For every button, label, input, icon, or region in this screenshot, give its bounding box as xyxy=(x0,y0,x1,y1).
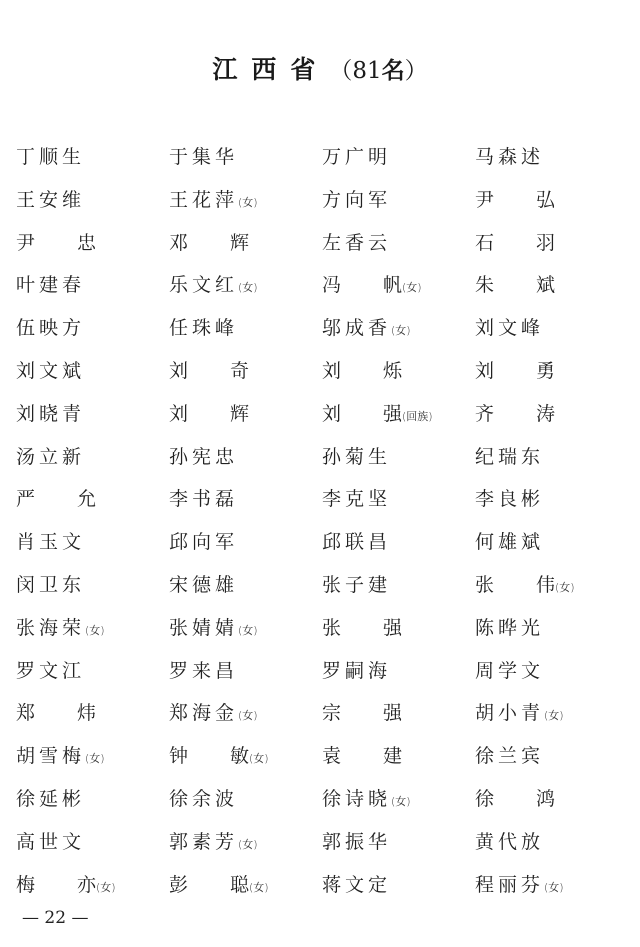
name-entry: 梅亦(女) xyxy=(16,870,169,913)
name-entry: 尹弘 xyxy=(475,185,628,228)
person-name: 刘烁 xyxy=(322,360,402,382)
person-note: (女) xyxy=(238,709,258,722)
name-entry: 郭素芳(女) xyxy=(169,827,322,870)
name-entry: 袁建 xyxy=(322,741,475,784)
person-name: 刘文斌 xyxy=(16,360,85,382)
name-entry: 方向军 xyxy=(322,185,475,228)
name-row: 肖玉文邱向军邱联昌何雄斌 xyxy=(16,527,636,570)
person-name: 罗文江 xyxy=(16,660,85,682)
count-unit: 名 xyxy=(382,57,405,84)
person-name: 齐涛 xyxy=(475,403,555,425)
name-entry: 刘强(回族) xyxy=(322,399,475,442)
name-entry: 伍映方 xyxy=(16,313,169,356)
name-entry: 张子建 xyxy=(322,570,475,613)
page-title: 江西省（81名） xyxy=(0,50,640,86)
name-entry: 罗嗣海 xyxy=(322,656,475,699)
name-row: 叶建春乐文红(女)冯帆(女)朱斌 xyxy=(16,270,636,313)
person-name: 宗强 xyxy=(322,702,402,724)
person-note: (女) xyxy=(85,624,105,637)
name-entry: 邓辉 xyxy=(169,228,322,271)
person-name: 蒋文定 xyxy=(322,874,391,896)
name-entry: 万广明 xyxy=(322,142,475,185)
name-entry: 刘文斌 xyxy=(16,356,169,399)
person-name: 黄代放 xyxy=(475,831,544,853)
name-entry: 罗来昌 xyxy=(169,656,322,699)
person-note: (女) xyxy=(238,281,258,294)
person-name: 邬成香 xyxy=(322,317,391,339)
name-row: 闵卫东宋德雄张子建张伟(女) xyxy=(16,570,636,613)
name-list: 丁顺生于集华万广明马森述王安维王花萍(女)方向军尹弘尹忠邓辉左香云石羽叶建春乐文… xyxy=(16,142,636,912)
name-entry: 张婧婧(女) xyxy=(169,613,322,656)
name-entry: 何雄斌 xyxy=(475,527,628,570)
person-name: 袁建 xyxy=(322,745,402,767)
name-entry: 李书磊 xyxy=(169,484,322,527)
person-name: 严允 xyxy=(16,488,96,510)
name-entry: 齐涛 xyxy=(475,399,628,442)
person-name: 王花萍 xyxy=(169,189,238,211)
person-name: 徐兰宾 xyxy=(475,745,544,767)
person-note: (女) xyxy=(555,581,575,594)
person-name: 张子建 xyxy=(322,574,391,596)
person-name: 邱向军 xyxy=(169,531,238,553)
name-entry: 朱斌 xyxy=(475,270,628,313)
person-name: 徐余波 xyxy=(169,788,238,810)
person-name: 朱斌 xyxy=(475,274,555,296)
name-row: 胡雪梅(女)钟敏(女)袁建徐兰宾 xyxy=(16,741,636,784)
name-entry: 丁顺生 xyxy=(16,142,169,185)
person-name: 彭聪 xyxy=(169,874,249,896)
person-name: 胡雪梅 xyxy=(16,745,85,767)
name-row: 徐延彬徐余波徐诗晓(女)徐鸿 xyxy=(16,784,636,827)
person-name: 尹弘 xyxy=(475,189,555,211)
name-entry: 宗强 xyxy=(322,698,475,741)
name-entry: 王安维 xyxy=(16,185,169,228)
name-entry: 刘晓青 xyxy=(16,399,169,442)
person-name: 郭素芳 xyxy=(169,831,238,853)
name-row: 梅亦(女)彭聪(女)蒋文定程丽芬(女) xyxy=(16,870,636,913)
person-name: 尹忠 xyxy=(16,232,96,254)
name-entry: 张海荣(女) xyxy=(16,613,169,656)
name-entry: 邱联昌 xyxy=(322,527,475,570)
name-entry: 刘文峰 xyxy=(475,313,628,356)
name-entry: 郭振华 xyxy=(322,827,475,870)
person-name: 李克坚 xyxy=(322,488,391,510)
person-name: 罗嗣海 xyxy=(322,660,391,682)
name-entry: 徐余波 xyxy=(169,784,322,827)
person-name: 徐延彬 xyxy=(16,788,85,810)
person-name: 左香云 xyxy=(322,232,391,254)
person-name: 程丽芬 xyxy=(475,874,544,896)
name-row: 郑炜郑海金(女)宗强胡小青(女) xyxy=(16,698,636,741)
name-row: 王安维王花萍(女)方向军尹弘 xyxy=(16,185,636,228)
paren-close: ） xyxy=(405,58,428,84)
person-name: 刘晓青 xyxy=(16,403,85,425)
person-name: 钟敏 xyxy=(169,745,249,767)
person-name: 张婧婧 xyxy=(169,617,238,639)
name-entry: 周学文 xyxy=(475,656,628,699)
person-name: 宋德雄 xyxy=(169,574,238,596)
person-name: 张强 xyxy=(322,617,402,639)
name-entry: 石羽 xyxy=(475,228,628,271)
name-entry: 宋德雄 xyxy=(169,570,322,613)
person-name: 刘文峰 xyxy=(475,317,544,339)
person-name: 罗来昌 xyxy=(169,660,238,682)
person-name: 梅亦 xyxy=(16,874,96,896)
name-entry: 黄代放 xyxy=(475,827,628,870)
name-entry: 张强 xyxy=(322,613,475,656)
person-note: (女) xyxy=(391,795,411,808)
person-name: 汤立新 xyxy=(16,446,85,468)
person-note: (女) xyxy=(238,838,258,851)
person-name: 石羽 xyxy=(475,232,555,254)
name-entry: 王花萍(女) xyxy=(169,185,322,228)
name-entry: 李克坚 xyxy=(322,484,475,527)
person-name: 周学文 xyxy=(475,660,544,682)
name-entry: 尹忠 xyxy=(16,228,169,271)
person-name: 刘强 xyxy=(322,403,402,425)
person-name: 高世文 xyxy=(16,831,85,853)
person-name: 王安维 xyxy=(16,189,85,211)
province-name: 江西省 xyxy=(212,55,329,84)
name-entry: 邬成香(女) xyxy=(322,313,475,356)
person-name: 于集华 xyxy=(169,146,238,168)
person-name: 邓辉 xyxy=(169,232,249,254)
person-note: (女) xyxy=(249,752,269,765)
person-note: (女) xyxy=(96,881,116,894)
person-name: 肖玉文 xyxy=(16,531,85,553)
person-note: (女) xyxy=(238,624,258,637)
name-entry: 马森述 xyxy=(475,142,628,185)
person-name: 方向军 xyxy=(322,189,391,211)
name-entry: 严允 xyxy=(16,484,169,527)
person-name: 马森述 xyxy=(475,146,544,168)
name-entry: 徐延彬 xyxy=(16,784,169,827)
name-entry: 胡雪梅(女) xyxy=(16,741,169,784)
name-entry: 彭聪(女) xyxy=(169,870,322,913)
name-row: 尹忠邓辉左香云石羽 xyxy=(16,228,636,271)
name-entry: 郑海金(女) xyxy=(169,698,322,741)
name-row: 张海荣(女)张婧婧(女)张强陈晔光 xyxy=(16,613,636,656)
name-entry: 刘辉 xyxy=(169,399,322,442)
person-name: 刘辉 xyxy=(169,403,249,425)
person-name: 乐文红 xyxy=(169,274,238,296)
name-entry: 刘奇 xyxy=(169,356,322,399)
person-name: 徐诗晓 xyxy=(322,788,391,810)
name-entry: 罗文江 xyxy=(16,656,169,699)
name-entry: 张伟(女) xyxy=(475,570,628,613)
person-name: 万广明 xyxy=(322,146,391,168)
name-row: 刘文斌刘奇刘烁刘勇 xyxy=(16,356,636,399)
person-note: (女) xyxy=(402,281,422,294)
person-name: 伍映方 xyxy=(16,317,85,339)
name-row: 丁顺生于集华万广明马森述 xyxy=(16,142,636,185)
name-entry: 冯帆(女) xyxy=(322,270,475,313)
person-name: 纪瑞东 xyxy=(475,446,544,468)
person-name: 胡小青 xyxy=(475,702,544,724)
person-name: 闵卫东 xyxy=(16,574,85,596)
name-entry: 高世文 xyxy=(16,827,169,870)
name-entry: 孙宪忠 xyxy=(169,442,322,485)
page-number: — 22 — xyxy=(22,908,88,928)
delegate-count: （81名） xyxy=(329,58,427,84)
count-number: 81 xyxy=(352,58,381,84)
name-entry: 叶建春 xyxy=(16,270,169,313)
person-name: 李良彬 xyxy=(475,488,544,510)
person-note: (女) xyxy=(249,881,269,894)
name-entry: 左香云 xyxy=(322,228,475,271)
name-entry: 肖玉文 xyxy=(16,527,169,570)
person-name: 陈晔光 xyxy=(475,617,544,639)
name-row: 罗文江罗来昌罗嗣海周学文 xyxy=(16,656,636,699)
person-name: 刘奇 xyxy=(169,360,249,382)
name-entry: 郑炜 xyxy=(16,698,169,741)
person-note: (女) xyxy=(85,752,105,765)
name-entry: 闵卫东 xyxy=(16,570,169,613)
person-name: 徐鸿 xyxy=(475,788,555,810)
person-note: (女) xyxy=(391,324,411,337)
person-name: 李书磊 xyxy=(169,488,238,510)
name-entry: 胡小青(女) xyxy=(475,698,628,741)
name-entry: 刘烁 xyxy=(322,356,475,399)
name-entry: 任珠峰 xyxy=(169,313,322,356)
name-row: 高世文郭素芳(女)郭振华黄代放 xyxy=(16,827,636,870)
person-note: (女) xyxy=(238,196,258,209)
paren-open: （ xyxy=(329,58,352,84)
name-entry: 徐兰宾 xyxy=(475,741,628,784)
name-entry: 刘勇 xyxy=(475,356,628,399)
person-name: 孙宪忠 xyxy=(169,446,238,468)
name-entry: 徐诗晓(女) xyxy=(322,784,475,827)
person-name: 何雄斌 xyxy=(475,531,544,553)
person-note: (女) xyxy=(544,881,564,894)
name-entry: 邱向军 xyxy=(169,527,322,570)
name-entry: 于集华 xyxy=(169,142,322,185)
name-entry: 陈晔光 xyxy=(475,613,628,656)
name-row: 汤立新孙宪忠孙菊生纪瑞东 xyxy=(16,442,636,485)
person-name: 张海荣 xyxy=(16,617,85,639)
person-name: 叶建春 xyxy=(16,274,85,296)
name-row: 刘晓青刘辉刘强(回族)齐涛 xyxy=(16,399,636,442)
person-name: 郭振华 xyxy=(322,831,391,853)
person-name: 孙菊生 xyxy=(322,446,391,468)
name-entry: 徐鸿 xyxy=(475,784,628,827)
person-name: 冯帆 xyxy=(322,274,402,296)
name-row: 严允李书磊李克坚李良彬 xyxy=(16,484,636,527)
person-note: (女) xyxy=(544,709,564,722)
name-row: 伍映方任珠峰邬成香(女)刘文峰 xyxy=(16,313,636,356)
name-entry: 孙菊生 xyxy=(322,442,475,485)
person-name: 郑海金 xyxy=(169,702,238,724)
name-entry: 纪瑞东 xyxy=(475,442,628,485)
person-name: 邱联昌 xyxy=(322,531,391,553)
person-name: 郑炜 xyxy=(16,702,96,724)
name-entry: 钟敏(女) xyxy=(169,741,322,784)
name-entry: 李良彬 xyxy=(475,484,628,527)
name-entry: 汤立新 xyxy=(16,442,169,485)
person-name: 任珠峰 xyxy=(169,317,238,339)
person-note: (回族) xyxy=(402,410,433,423)
name-entry: 蒋文定 xyxy=(322,870,475,913)
name-entry: 乐文红(女) xyxy=(169,270,322,313)
person-name: 刘勇 xyxy=(475,360,555,382)
person-name: 张伟 xyxy=(475,574,555,596)
name-entry: 程丽芬(女) xyxy=(475,870,628,913)
person-name: 丁顺生 xyxy=(16,146,85,168)
